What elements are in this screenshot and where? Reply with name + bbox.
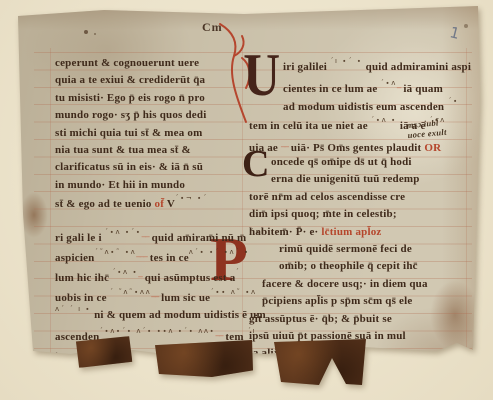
text-segment: mundo rogo· sʒ p̄ his quos dedi: [55, 109, 206, 121]
text-segment: ri gali le i: [55, 232, 105, 244]
text-segment: nia tua sunt & tua mea st̄ &: [55, 144, 191, 156]
neume-marks: ´∙ʌ: [380, 79, 397, 87]
folio-number: 1: [448, 23, 462, 43]
melisma-line: –: [397, 82, 401, 92]
text-segment: clarificatus sū in eis· & iā n̄ sū: [55, 161, 203, 173]
neume-marks: ´˜ʌ∙˜ ∙ʌ: [95, 248, 137, 256]
text-segment: Ps̄ Om̄s gentes plaudit: [313, 142, 424, 154]
text-segment: oncede qs̄ om̄ipe ds̄ ut q̄ hodi: [271, 156, 412, 168]
neume-marks: ´ı ∙´ ∙: [330, 57, 363, 65]
text-segment: erna die unigenitū tuū redemp: [271, 173, 420, 185]
manuscript-line: lum hic ihc̄ ´∙ʌ ∙– qui asūmptus est a´: [55, 264, 249, 284]
text-segment: quid am̄iram̄i nū m̄: [149, 232, 247, 244]
text-segment: iri galilei: [283, 61, 330, 73]
manuscript-line: ascenden´∙ʌ∙´∙ ʌ´∙ ∙∙ʌ ∙´∙ ʌʌ∙–– tem ´ı: [55, 323, 249, 343]
text-segment: sti michi quia tui st̄ & mea om: [55, 127, 202, 139]
text-segment: aspicien: [55, 252, 95, 264]
manuscript-line: erna die unigenitū tuū redemp: [249, 171, 475, 188]
neume-marks: ´∙: [444, 97, 459, 105]
neume-marks: ʌ´ ´ ı ∙: [55, 305, 91, 313]
manuscript-line: sti michi quia tui st̄ & mea om: [55, 125, 249, 142]
text-segment: facere & docere usq;· in diem qua: [262, 278, 428, 290]
neume-marks: ´∙ʌ ∙: [371, 116, 397, 124]
rubric-segment: of̄: [155, 198, 167, 210]
manuscript-line: mundo rogo· sʒ p̄ his quos dedi: [55, 107, 249, 124]
text-segment: om̄ib; o theophile q̄ cepit ihc̄: [279, 260, 418, 272]
neume-marks: ´: [235, 268, 240, 276]
text-segment: ta alij: [249, 347, 278, 359]
text-segment: cientes in ce lum ae: [283, 83, 380, 95]
text-segment: ad modum uidistis eum ascenden: [283, 101, 444, 113]
manuscript-line: ceperunt & cognouerunt uere: [55, 55, 249, 72]
column-left: ceperunt & cognouerunt uerequia a te exi…: [55, 55, 249, 363]
manuscript-leaf: Cm 1 U C P ceperunt & cognouerunt uerequ…: [0, 0, 493, 400]
text-segment: lum hic ihc̄: [55, 272, 112, 284]
manuscript-line: nia tua sunt & tua mea st̄ &: [55, 142, 249, 159]
manuscript-line: om̄ib; o theophile q̄ cepit ihc̄: [249, 258, 475, 275]
parchment-surface: Cm 1 U C P ceperunt & cognouerunt uerequ…: [14, 4, 482, 386]
manuscript-line: dim̄ ipsi quoq; m̄te in celestib;: [249, 206, 475, 223]
manuscript-line: in mundo· Et hii in mundo: [55, 177, 249, 194]
text-segment: tem in celū ita ue niet ae: [249, 120, 371, 132]
repair-patch: [269, 337, 369, 387]
text-segment: in mundo· Et hii in mundo: [55, 179, 185, 191]
manuscript-line: clarificatus sū in eis· & iā n̄ sū: [55, 159, 249, 176]
manuscript-line: ri gali le i ´∙ʌ ∙´∙–– quid am̄iram̄i nū…: [55, 224, 249, 244]
melisma-line: ––: [281, 141, 288, 151]
manuscript-line: facere & docere usq;· in diem qua: [249, 276, 475, 293]
melisma-line: ––: [215, 330, 222, 340]
text-segment: st̄ & ego ad te uenio: [55, 198, 155, 210]
melisma-line: ––: [142, 231, 149, 241]
neume-marks: ´∙ʌ ∙´∙: [105, 228, 142, 236]
text-segment: ceperunt & cognouerunt uere: [55, 57, 199, 69]
manuscript-line: ad modum uidistis eum ascenden ´∙: [249, 95, 475, 115]
text-segment: dim̄ ipsi quoq; m̄te in celestib;: [249, 208, 397, 220]
manuscript-line: torē nr̄m ad celos ascendisse cre: [249, 189, 475, 206]
manuscript-line: habitem̄· P̄· e· lc̄tium apl̄oz: [249, 224, 475, 241]
manuscript-line: rimū quidē sermonē feci de: [249, 241, 475, 258]
text-segment: git assūptus ē· q̄b; & p̄buit se: [249, 313, 392, 325]
ruling-vertical: [50, 48, 51, 354]
column-right: iri galilei ´ı ∙´ ∙ quid admiramini aspi…: [249, 55, 475, 363]
text-segment: rimū quidē sermonē feci de: [279, 243, 412, 255]
manuscript-line: aspicien´˜ʌ∙˜ ∙ʌ––– tes in ceʌ´∙ ∙´ ∙ʌ´ …: [55, 244, 249, 264]
manuscript-line: p̄cipiens apl̄is p sp̄m sc̄m qs̄ ele: [249, 293, 475, 310]
text-segment: tu misisti· Ego p̄ eis rogo n̄ pro: [55, 92, 205, 104]
manuscript-line: uobis in ce ´ ˜ʌ˜∙ʌʌ–– lum sic ue´∙∙ ʌ˜ …: [55, 284, 249, 304]
text-segment: quid admiramini aspi: [363, 61, 471, 73]
text-segment: uia ae: [249, 142, 281, 154]
photo-mount: Cm 1 U C P ceperunt & cognouerunt uerequ…: [0, 0, 493, 400]
melisma-line: –: [138, 271, 142, 281]
manuscript-line: ʌ´ ´ ı ∙ ni & quem ad modum uidistis ē u…: [55, 303, 249, 323]
melisma-line: ––: [151, 291, 158, 301]
text-segment: uiā·: [288, 142, 313, 154]
melisma-line: –––: [136, 251, 147, 261]
text-segment: tes in ce: [147, 252, 189, 264]
manuscript-line: oncede qs̄ om̄ipe ds̄ ut q̄ hodi: [249, 154, 475, 171]
text-segment: torē nr̄m ad celos ascendisse cre: [249, 191, 405, 203]
rubric-segment: OR: [424, 142, 441, 154]
text-segment: V: [167, 198, 175, 210]
text-segment: quia a te exiui & crediderūt q̄a: [55, 74, 205, 86]
text-segment: in ce: [55, 351, 81, 363]
neume-marks: ´∙¬ ∙´: [175, 194, 208, 202]
neume-marks: ´∙ʌ ∙: [112, 268, 138, 276]
repair-patch: [155, 340, 253, 377]
text-segment: lum sic ue: [158, 292, 210, 304]
text-segment: ipsū uiuū p̄t passionē suā in mul: [249, 330, 406, 342]
text-segment: qui asūmptus est a: [142, 272, 236, 284]
rubric-segment: lc̄tium apl̄oz: [321, 226, 381, 238]
manuscript-line: cientes in ce lum ae ´∙ʌ– iā quam: [249, 75, 475, 95]
stain-dots: [84, 30, 88, 34]
manuscript-line: quia a te exiui & crediderūt q̄a: [55, 72, 249, 89]
text-segment: habitem̄· P̄· e·: [249, 226, 321, 238]
neume-marks: ´∙ʌ∙´∙ ʌ´∙ ∙∙ʌ ∙´∙ ʌʌ∙: [99, 327, 215, 335]
manuscript-line: iri galilei ´ı ∙´ ∙ quid admiramini aspi: [249, 55, 475, 75]
manuscript-line: tu misisti· Ego p̄ eis rogo n̄ pro: [55, 90, 249, 107]
neume-marks: ʌ´∙ ∙´ ∙ʌ´ ∙: [189, 248, 250, 256]
manuscript-line: st̄ & ego ad te uenio of̄ V´∙¬ ∙´: [55, 194, 249, 224]
text-segment: p̄cipiens apl̄is p sp̄m sc̄m qs̄ ele: [262, 295, 412, 307]
text-segment: iā quam: [400, 83, 443, 95]
neume-marks: ´ ˜ʌ˜∙ʌʌ: [110, 288, 152, 296]
text-segment: ni & quem ad modum uidistis ē um: [91, 309, 266, 321]
manuscript-line: git assūptus ē· q̄b; & p̄buit se: [249, 311, 475, 328]
text-segment: uobis in ce: [55, 292, 110, 304]
